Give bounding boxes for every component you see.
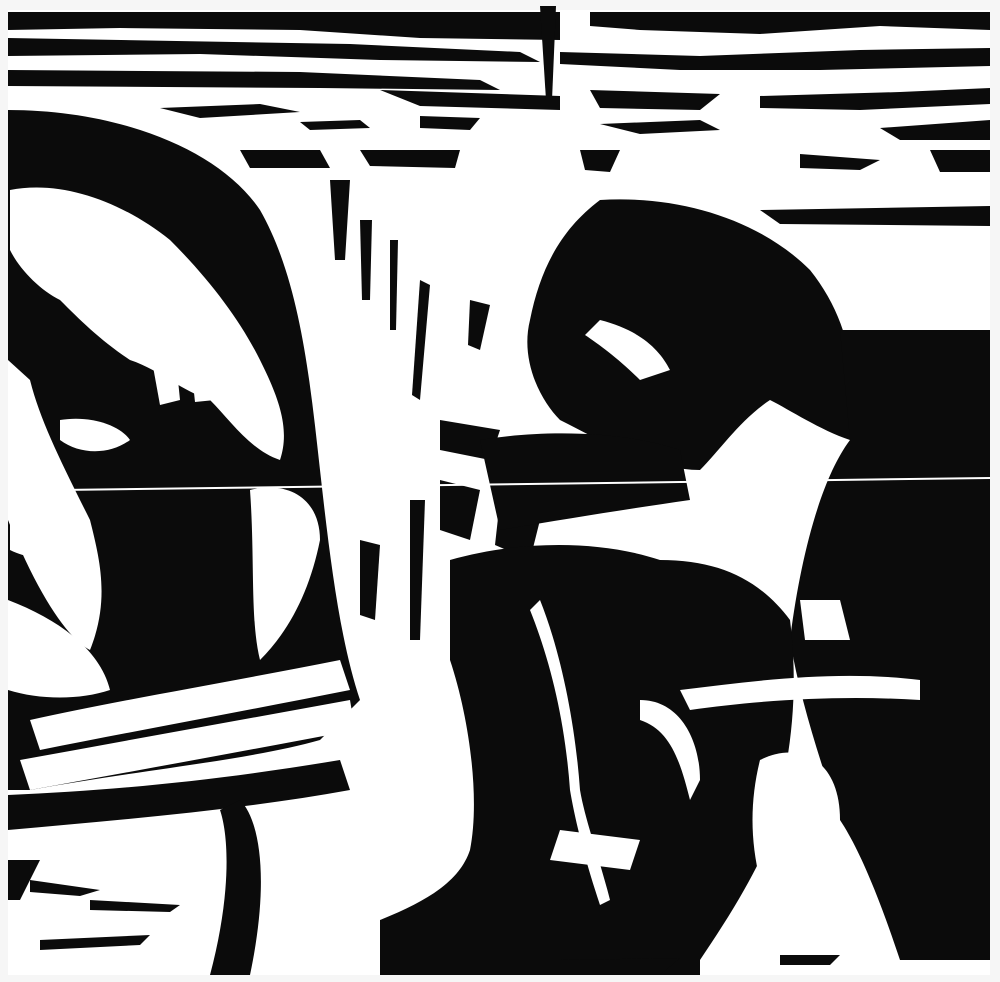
artwork-frame: Black and white relief print: a hooded f… bbox=[0, 0, 1000, 982]
woodcut-print-image bbox=[0, 0, 1000, 982]
